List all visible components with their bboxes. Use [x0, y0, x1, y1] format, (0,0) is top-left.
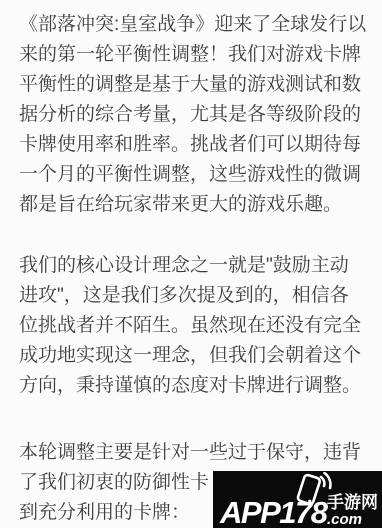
watermark-domain-suffix: .com	[327, 512, 379, 527]
text-line: 卡牌使用率和胜率。挑战者们可以期待每	[19, 130, 363, 160]
article-body: 《部落冲突:皇室战争》迎来了全球发行以 来的第一轮平衡性调整！我们对游戏卡牌 平…	[0, 0, 382, 528]
text-line: 一个月的平衡性调整，这些游戏性的微调	[19, 160, 363, 190]
paragraph-design-philosophy: 我们的核心设计理念之一就是"鼓励主动 进攻"，这是我们多次提及到的，相信各 位挑…	[19, 251, 363, 401]
text-line: 来的第一轮平衡性调整！我们对游戏卡牌	[19, 40, 363, 70]
article-page: 《部落冲突:皇室战争》迎来了全球发行以 来的第一轮平衡性调整！我们对游戏卡牌 平…	[0, 0, 382, 528]
app178-watermark: APP178 手游网 .com	[213, 471, 382, 528]
text-line: 据分析的综合考量，尤其是各等级阶段的	[19, 100, 363, 130]
text-line: 位挑战者并不陌生。虽然现在还没有完全	[19, 311, 363, 341]
watermark-site-block: 手游网 .com	[327, 494, 379, 527]
text-line: 我们的核心设计理念之一就是"鼓励主动	[19, 251, 363, 281]
watermark-site-name: 手游网	[327, 494, 379, 511]
text-line: 进攻"，这是我们多次提及到的，相信各	[19, 281, 363, 311]
text-line: 都是旨在给玩家带来更大的游戏乐趣。	[19, 190, 363, 220]
text-line: 本轮调整主要是针对一些过于保守，违背	[19, 438, 363, 468]
text-line: 《部落冲突:皇室战争》迎来了全球发行以	[19, 10, 363, 40]
text-line: 方向，秉持谨慎的态度对卡牌进行调整。	[19, 371, 363, 401]
paragraph-intro: 《部落冲突:皇室战争》迎来了全球发行以 来的第一轮平衡性调整！我们对游戏卡牌 平…	[19, 10, 363, 220]
watermark-brand-text: APP178	[220, 497, 326, 528]
text-line: 成功地实现这一理念，但我们会朝着这个	[19, 341, 363, 371]
text-line: 平衡性的调整是基于大量的游戏测试和数	[19, 70, 363, 100]
